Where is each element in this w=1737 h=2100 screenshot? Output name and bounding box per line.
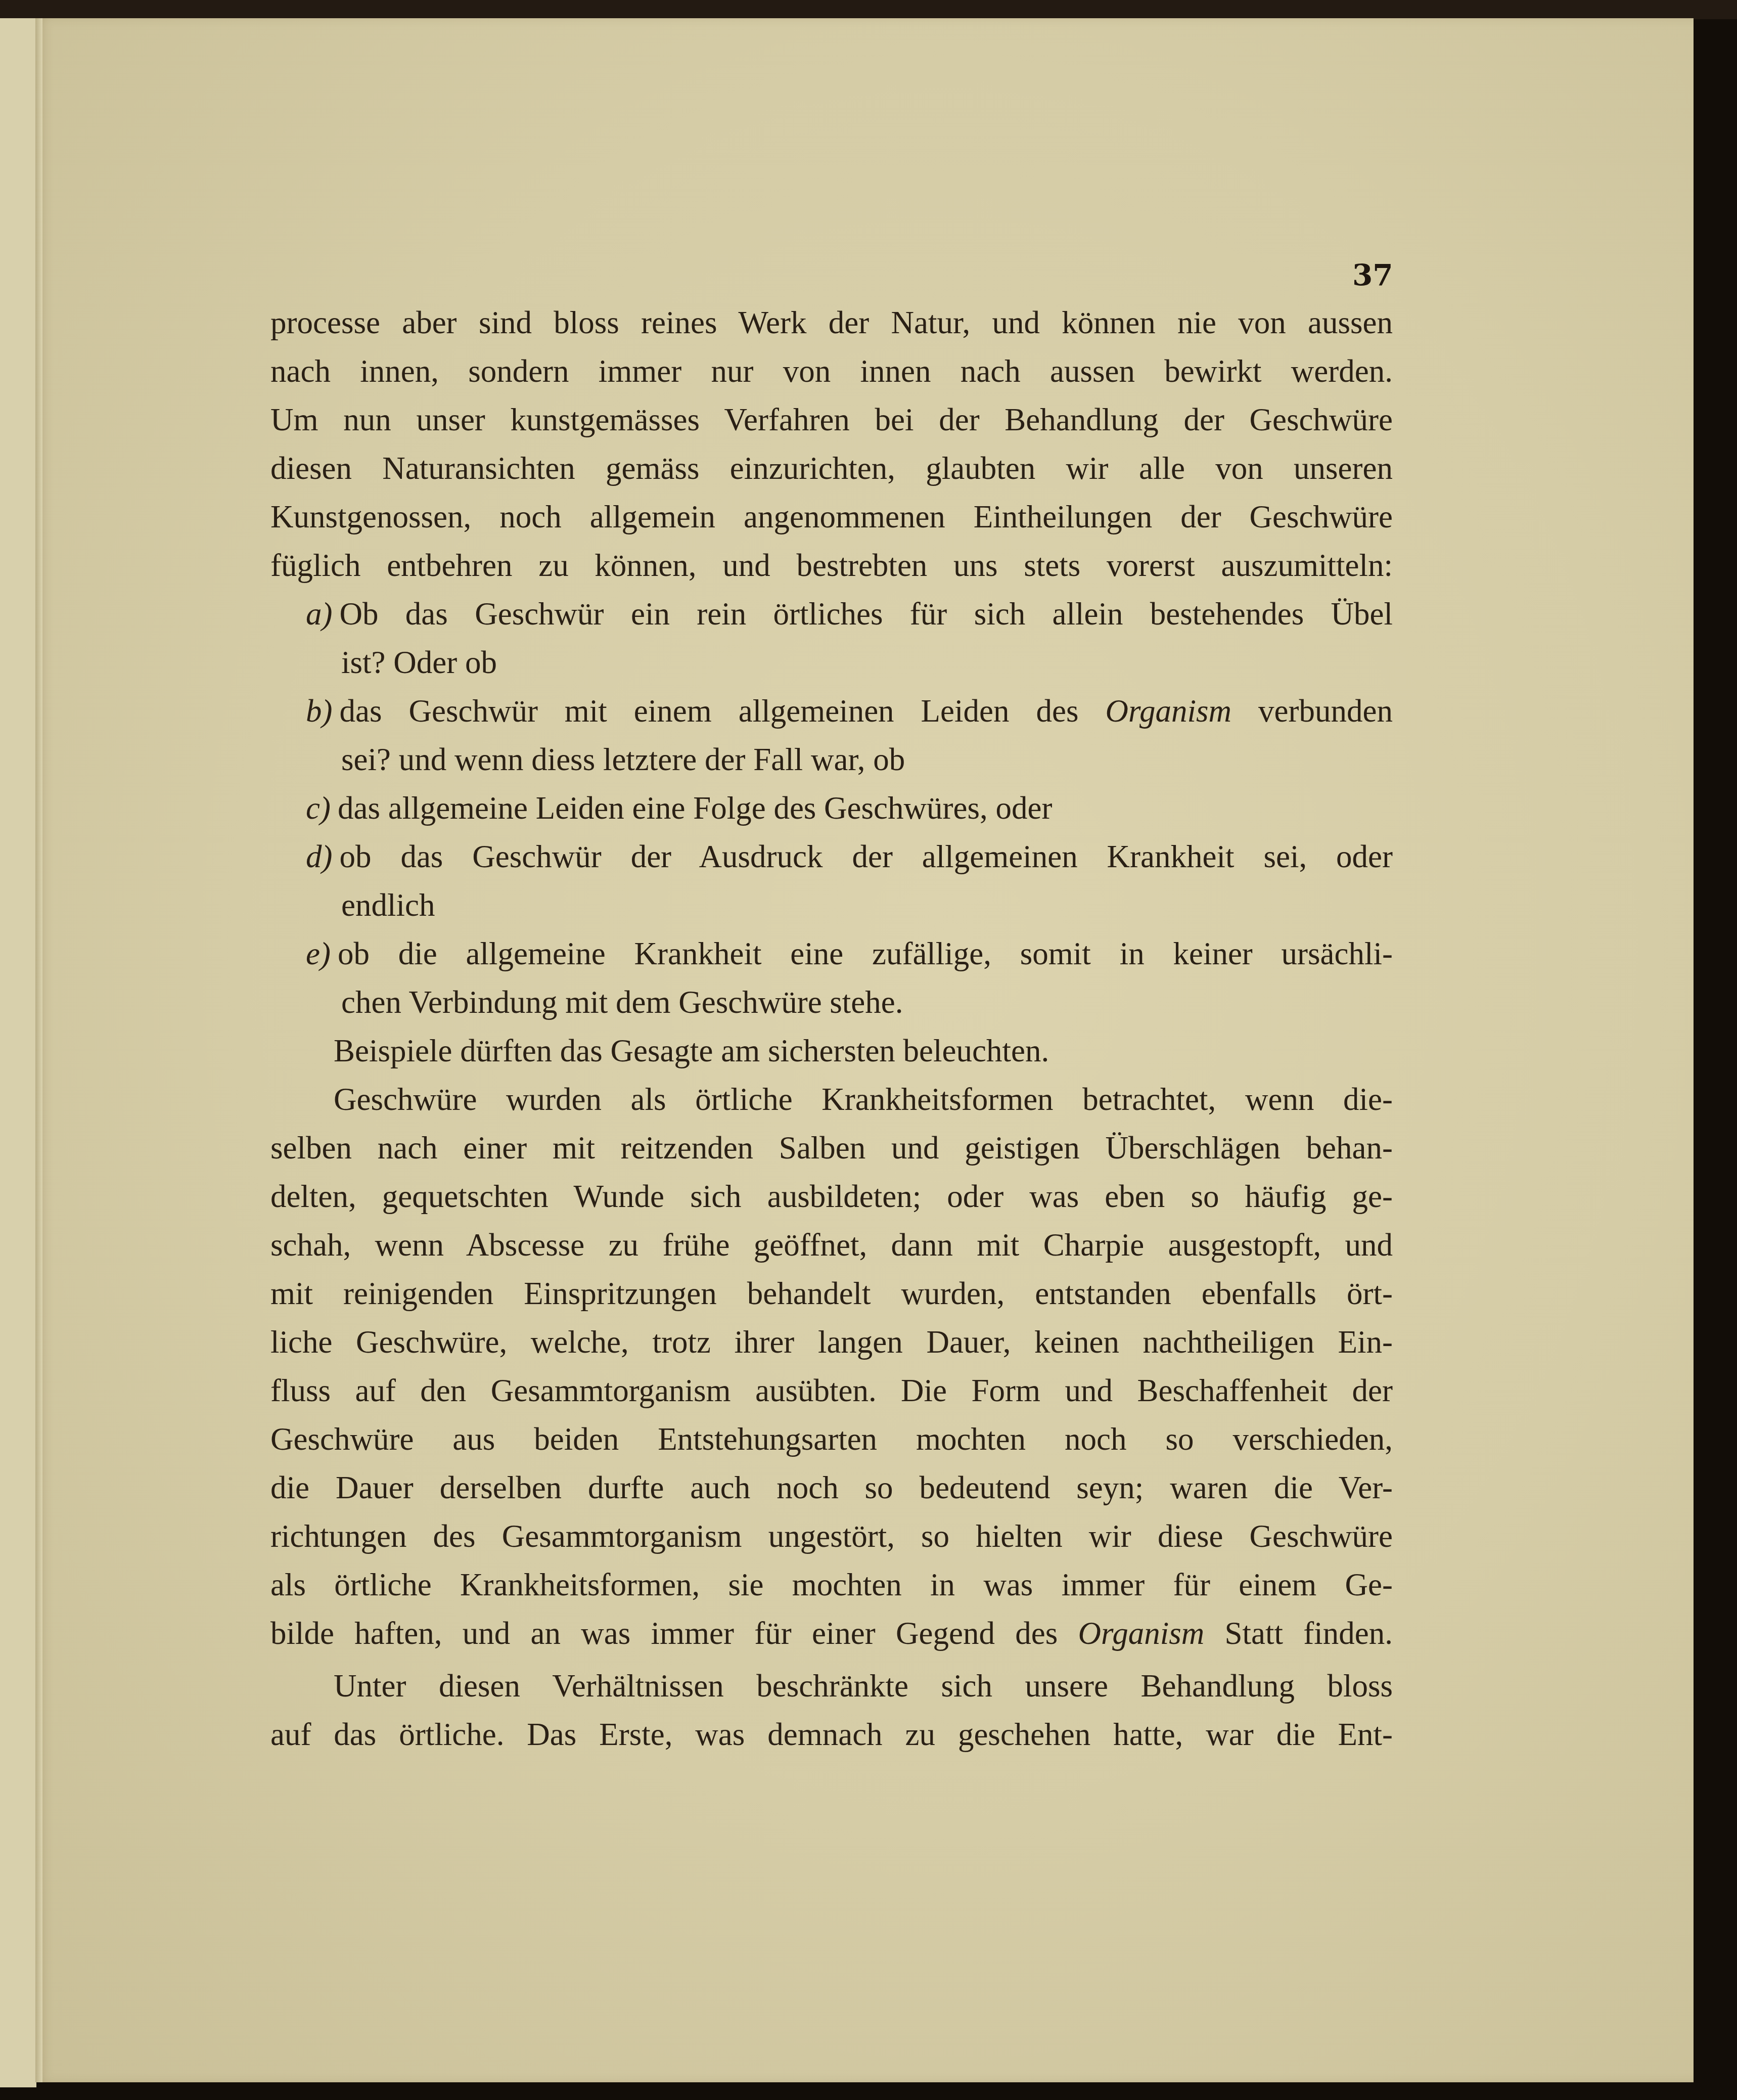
paragraph-line: delten, gequetschten Wunde sich ausbilde…: [270, 1172, 1393, 1221]
list-item-line: a)Ob das Geschwür ein rein örtliches für…: [270, 590, 1393, 638]
list-item-d: d)ob das Geschwür der Ausdruck der allge…: [270, 832, 1393, 929]
text-line: processe aber sind bloss reines Werk der…: [270, 298, 1393, 347]
list-item-label: e): [306, 936, 331, 971]
italic-term: Organism: [1105, 693, 1231, 729]
paragraph-2: Geschwüre wurden als örtliche Krankheits…: [270, 1075, 1393, 1658]
paragraph-line: fluss auf den Gesammtorganism ausübten. …: [270, 1366, 1393, 1415]
paragraph-line: Geschwüre wurden als örtliche Krankheits…: [270, 1075, 1393, 1124]
page-gutter: [35, 18, 42, 2082]
list-item-line: d)ob das Geschwür der Ausdruck der allge…: [270, 832, 1393, 881]
previous-page-edge: [0, 18, 36, 2087]
paragraph-line: bilde haften, und an was immer für einer…: [270, 1609, 1393, 1658]
list-item-line: e)ob die allgemeine Krankheit eine zufäl…: [270, 929, 1393, 978]
paragraph-line: Beispiele dürften das Gesagte am sichers…: [270, 1026, 1393, 1075]
list-item-continuation: ist? Oder ob: [270, 638, 1393, 687]
paragraph-line: Geschwüre aus beiden Entstehungsarten mo…: [270, 1415, 1393, 1463]
page-number: 37: [1352, 258, 1393, 292]
text-line: füglich entbehren zu können, und bestreb…: [270, 541, 1393, 590]
paragraph-line: die Dauer derselben durfte auch noch so …: [270, 1463, 1393, 1512]
list-item-continuation: endlich: [270, 881, 1393, 929]
paragraph-3: Unter diesen Verhältnissen beschränkte s…: [270, 1662, 1393, 1759]
italic-term: Organism: [1078, 1616, 1205, 1651]
text-line: Kunstgenossen, noch allgemein angenommen…: [270, 493, 1393, 541]
paragraph-line: liche Geschwüre, welche, trotz ihrer lan…: [270, 1318, 1393, 1366]
text-line: nach innen, sondern immer nur von innen …: [270, 347, 1393, 395]
list-item-b: b)das Geschwür mit einem allgemeinen Lei…: [270, 687, 1393, 784]
list-item-line: b)das Geschwür mit einem allgemeinen Lei…: [270, 687, 1393, 735]
list-item-c: c)das allgemeine Leiden eine Folge des G…: [270, 784, 1393, 832]
paragraph-line: schah, wenn Abscesse zu frühe geöffnet, …: [270, 1221, 1393, 1269]
list-item-a: a)Ob das Geschwür ein rein örtliches für…: [270, 590, 1393, 687]
paragraph-line: Unter diesen Verhältnissen beschränkte s…: [270, 1662, 1393, 1710]
list-item-label: d): [306, 839, 332, 874]
list-item-continuation: chen Verbindung mit dem Geschwüre stehe.: [270, 978, 1393, 1026]
text-line: Um nun unser kunstgemässes Verfahren bei…: [270, 395, 1393, 444]
list-item-e: e)ob die allgemeine Krankheit eine zufäl…: [270, 929, 1393, 1026]
paragraph-line: als örtliche Krankheitsformen, sie mocht…: [270, 1560, 1393, 1609]
list-item-label: c): [306, 790, 331, 826]
list-item-label: a): [306, 596, 332, 632]
paragraph-line: selben nach einer mit reitzenden Salben …: [270, 1124, 1393, 1172]
page-body-text: processe aber sind bloss reines Werk der…: [270, 298, 1393, 1759]
paragraph-line: mit reinigenden Einspritzungen behandelt…: [270, 1269, 1393, 1318]
paragraph-line: richtungen des Gesammtorganism ungestört…: [270, 1512, 1393, 1560]
text-line: diesen Naturansichten gemäss einzurichte…: [270, 444, 1393, 493]
paragraph-line: auf das örtliche. Das Erste, was demnach…: [270, 1710, 1393, 1759]
book-binding-top: [0, 0, 1737, 19]
list-item-label: b): [306, 693, 332, 729]
list-item-continuation: sei? und wenn diess letztere der Fall wa…: [270, 735, 1393, 784]
list-item-line: c)das allgemeine Leiden eine Folge des G…: [270, 784, 1393, 832]
